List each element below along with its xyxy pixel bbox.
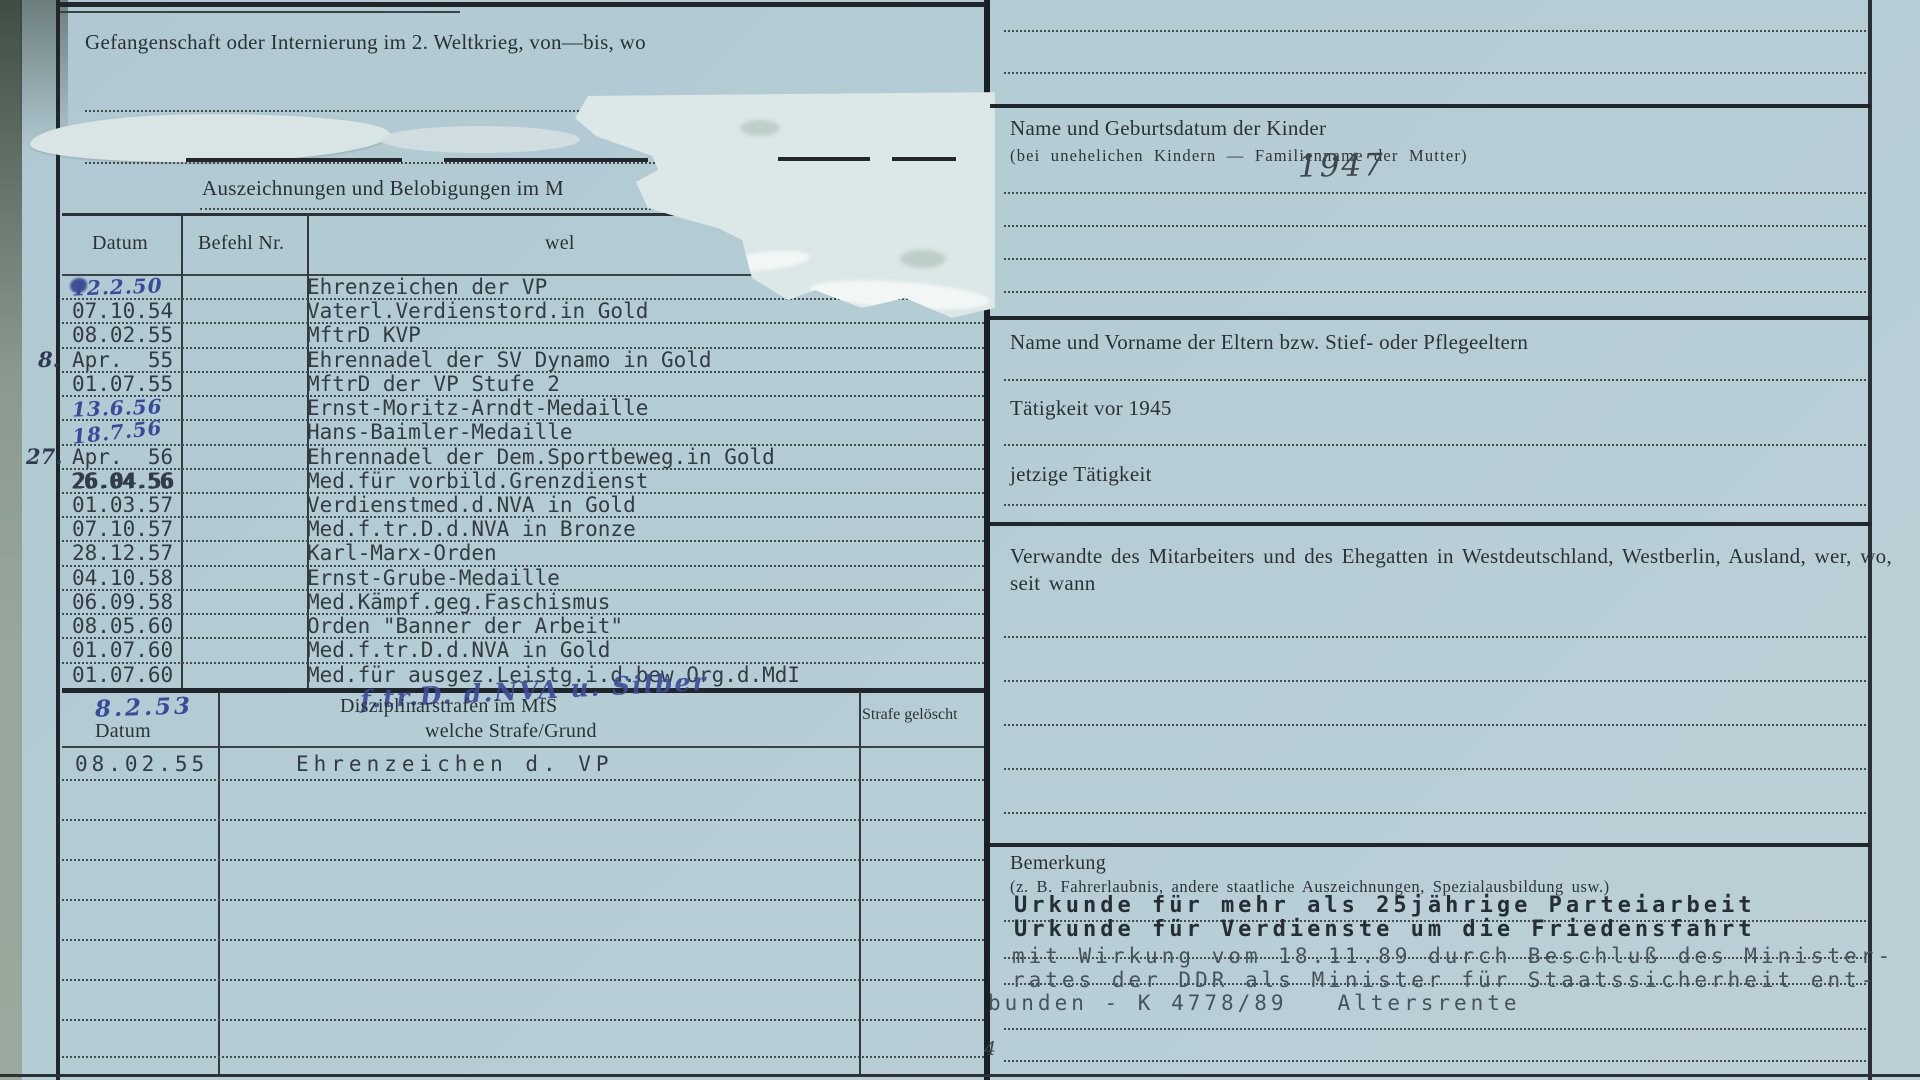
award-name: Hans-Baimler-Medaille: [307, 420, 573, 444]
blank-line: [62, 859, 984, 861]
award-name: Ehrennadel der Dem.Sportbeweg.in Gold: [307, 445, 775, 469]
award-name: Ehrennadel der SV Dynamo in Gold: [307, 348, 712, 372]
award-row: 28.12.57 Karl-Marx-Orden: [62, 542, 984, 566]
award-row: 08.05.60 Orden "Banner der Arbeit": [62, 615, 984, 639]
blank-line: [62, 939, 984, 941]
awards-col-which: wel: [545, 232, 575, 255]
award-date: 26.04.56: [72, 469, 173, 493]
remarks-typed-line: Urkunde für mehr als 25jährige Parteiarb…: [1014, 893, 1756, 918]
award-date: 07.10.57: [72, 517, 173, 541]
award-row: 26.04.56 Med.für vorbild.Grenzdienst: [62, 470, 984, 494]
award-row: 01.03.57 Verdienstmed.d.NVA in Gold: [62, 494, 984, 518]
discipline-col-penalty: welche Strafe/Grund: [425, 720, 597, 743]
award-name: Ehrenzeichen der VP: [307, 275, 547, 299]
bottom-border-line: [0, 1074, 1920, 1077]
discipline-col-date: Datum: [95, 720, 151, 743]
award-name: Karl-Marx-Orden: [307, 541, 497, 565]
award-row: 8. Apr. 55 Ehrennadel der SV Dynamo in G…: [62, 349, 984, 373]
discipline-header-line: [62, 746, 984, 748]
award-name: MftrD KVP: [307, 323, 421, 347]
remarks-typed-line: mit Wirkung vom 18.11.89 durch Beschluß …: [1012, 944, 1894, 968]
award-row: 01.07.60 Med.f.tr.D.d.NVA in Gold: [62, 639, 984, 663]
blank-line: [1004, 225, 1866, 227]
top-border-line: [60, 2, 985, 7]
award-name: MftrD der VP Stufe 2: [307, 372, 560, 396]
blank-line: [1004, 636, 1866, 638]
award-date: 01.03.57: [72, 493, 173, 517]
document-scan: Gefangenschaft oder Internierung im 2. W…: [0, 0, 1920, 1080]
discipline-column-line-2: [859, 692, 861, 1074]
award-row: 04.10.58 Ernst-Grube-Medaille: [62, 567, 984, 591]
blank-line: [1004, 724, 1866, 726]
award-date: 28.12.57: [72, 541, 173, 565]
award-date: 08.02.55: [72, 323, 173, 347]
remarks-label: Bemerkung: [1010, 852, 1106, 875]
discipline-column-line-1: [218, 692, 220, 1074]
captivity-label: Gefangenschaft oder Internierung im 2. W…: [85, 30, 646, 55]
addendum-date: 8.2.53: [95, 692, 194, 722]
award-name: Orden "Banner der Arbeit": [307, 614, 623, 638]
stain: [900, 250, 946, 268]
award-date: 07.10.54: [72, 299, 173, 323]
blank-line: [1004, 258, 1866, 260]
remarks-typed-line: Urkunde für Verdienste um die Friedensfa…: [1014, 917, 1756, 942]
award-name: Verdienstmed.d.NVA in Gold: [307, 493, 636, 517]
margin-note: 27.: [26, 444, 63, 469]
blank-line: [1004, 1028, 1866, 1030]
section-divider: [990, 843, 1871, 847]
right-page-border: [1868, 0, 1872, 1080]
award-row: 07.10.57 Med.f.tr.D.d.NVA in Bronze: [62, 518, 984, 542]
blank-line: [1004, 812, 1866, 814]
award-date: 08.05.60: [72, 614, 173, 638]
award-row: 27. Apr. 56 Ehrennadel der Dem.Sportbewe…: [62, 446, 984, 470]
blank-line: [62, 1056, 984, 1058]
blank-line: [1004, 30, 1866, 32]
award-date: 12.2.50: [72, 274, 163, 299]
relatives-label: Verwandte des Mitarbeiters und des Ehega…: [1010, 543, 1910, 597]
blank-line: [1004, 504, 1866, 506]
whiteout-patch: [30, 111, 391, 165]
section-divider: [990, 316, 1871, 320]
blank-line: [1004, 192, 1866, 194]
children-sublabel: (bei unehelichen Kindern — Familienname …: [1010, 146, 1468, 166]
blank-line: [1004, 768, 1866, 770]
award-name: Ernst-Grube-Medaille: [307, 566, 560, 590]
torn-rule-fragment: [444, 158, 648, 162]
award-name: Vaterl.Verdienstord.in Gold: [307, 299, 648, 323]
blank-line: [1004, 72, 1866, 74]
blank-line: [1004, 680, 1866, 682]
awards-col-order-no: Befehl Nr.: [198, 232, 284, 255]
section-divider: [990, 522, 1871, 526]
award-date: 18.7.56: [71, 417, 163, 448]
blank-line: [1004, 1060, 1866, 1062]
remarks-typed-line: bunden - K 4778/89 Altersrente: [988, 991, 1521, 1015]
torn-rule-fragment: [892, 157, 956, 161]
awards-col-date: Datum: [92, 232, 148, 255]
award-row: 08.02.55 MftrD KVP: [62, 324, 984, 348]
children-label: Name und Geburtsdatum der Kinder: [1010, 116, 1326, 141]
discipline-table-title: Disziplinarstrafen im MfS: [340, 695, 557, 718]
blank-line: [1004, 379, 1866, 381]
blank-line: [62, 1019, 984, 1021]
margin-note: 8.: [38, 347, 60, 372]
award-row: 01.07.55 MftrD der VP Stufe 2: [62, 373, 984, 397]
remarks-typed-line: rates der DDR als Minister für Staatssic…: [1012, 968, 1877, 992]
tear-highlight: [719, 247, 810, 274]
blank-line: [62, 899, 984, 901]
award-name: Med.f.tr.D.d.NVA in Bronze: [307, 517, 636, 541]
current-activity-label: jetzige Tätigkeit: [1010, 462, 1152, 487]
torn-rule-fragment: [186, 158, 402, 162]
award-name: Med.für vorbild.Grenzdienst: [307, 469, 648, 493]
award-row: 18.7.56 Hans-Baimler-Medaille: [62, 421, 984, 445]
award-date: 06.09.58: [72, 590, 173, 614]
award-date: 01.07.60: [72, 638, 173, 662]
blank-line: [62, 819, 984, 821]
award-name: Med.Kämpf.geg.Faschismus: [307, 590, 610, 614]
children-entry: 1947: [1298, 147, 1386, 185]
blank-line: [1004, 444, 1866, 446]
whiteout-patch: [380, 126, 580, 153]
award-date: Apr. 56: [72, 445, 173, 469]
torn-rule-fragment: [778, 157, 870, 161]
scan-edge-strip: [0, 0, 22, 1080]
blank-line: [1004, 291, 1866, 293]
award-date: 01.07.60: [72, 663, 173, 687]
award-name: Ernst-Moritz-Arndt-Medaille: [307, 396, 648, 420]
activity-before-1945-label: Tätigkeit vor 1945: [1010, 396, 1172, 421]
section-divider: [990, 104, 1871, 108]
award-date: 01.07.55: [72, 372, 173, 396]
margin-mark: 4: [984, 1038, 996, 1060]
discipline-row-date: 08.02.55: [75, 752, 208, 776]
discipline-row-text: Ehrenzeichen d. VP: [296, 752, 614, 776]
blank-line: [62, 979, 984, 981]
stain: [740, 120, 780, 136]
top-border-line-2: [60, 11, 460, 13]
award-row: 07.10.54 Vaterl.Verdienstord.in Gold: [62, 300, 984, 324]
awards-table: 12.2.50 Ehrenzeichen der VP 07.10.54 Vat…: [62, 276, 984, 688]
award-name: Med.f.tr.D.d.NVA in Gold: [307, 638, 610, 662]
discipline-col-deleted: Strafe gelöscht: [862, 706, 958, 724]
awards-table-title: Auszeichnungen und Belobigungen im M: [202, 176, 564, 201]
award-date: 04.10.58: [72, 566, 173, 590]
blank-line: [62, 779, 984, 781]
award-date: Apr. 55: [72, 348, 173, 372]
award-row: 06.09.58 Med.Kämpf.geg.Faschismus: [62, 591, 984, 615]
parents-label: Name und Vorname der Eltern bzw. Stief- …: [1010, 330, 1890, 355]
award-row: 13.6.56 Ernst-Moritz-Arndt-Medaille: [62, 397, 984, 421]
left-page-border: [56, 0, 60, 1080]
